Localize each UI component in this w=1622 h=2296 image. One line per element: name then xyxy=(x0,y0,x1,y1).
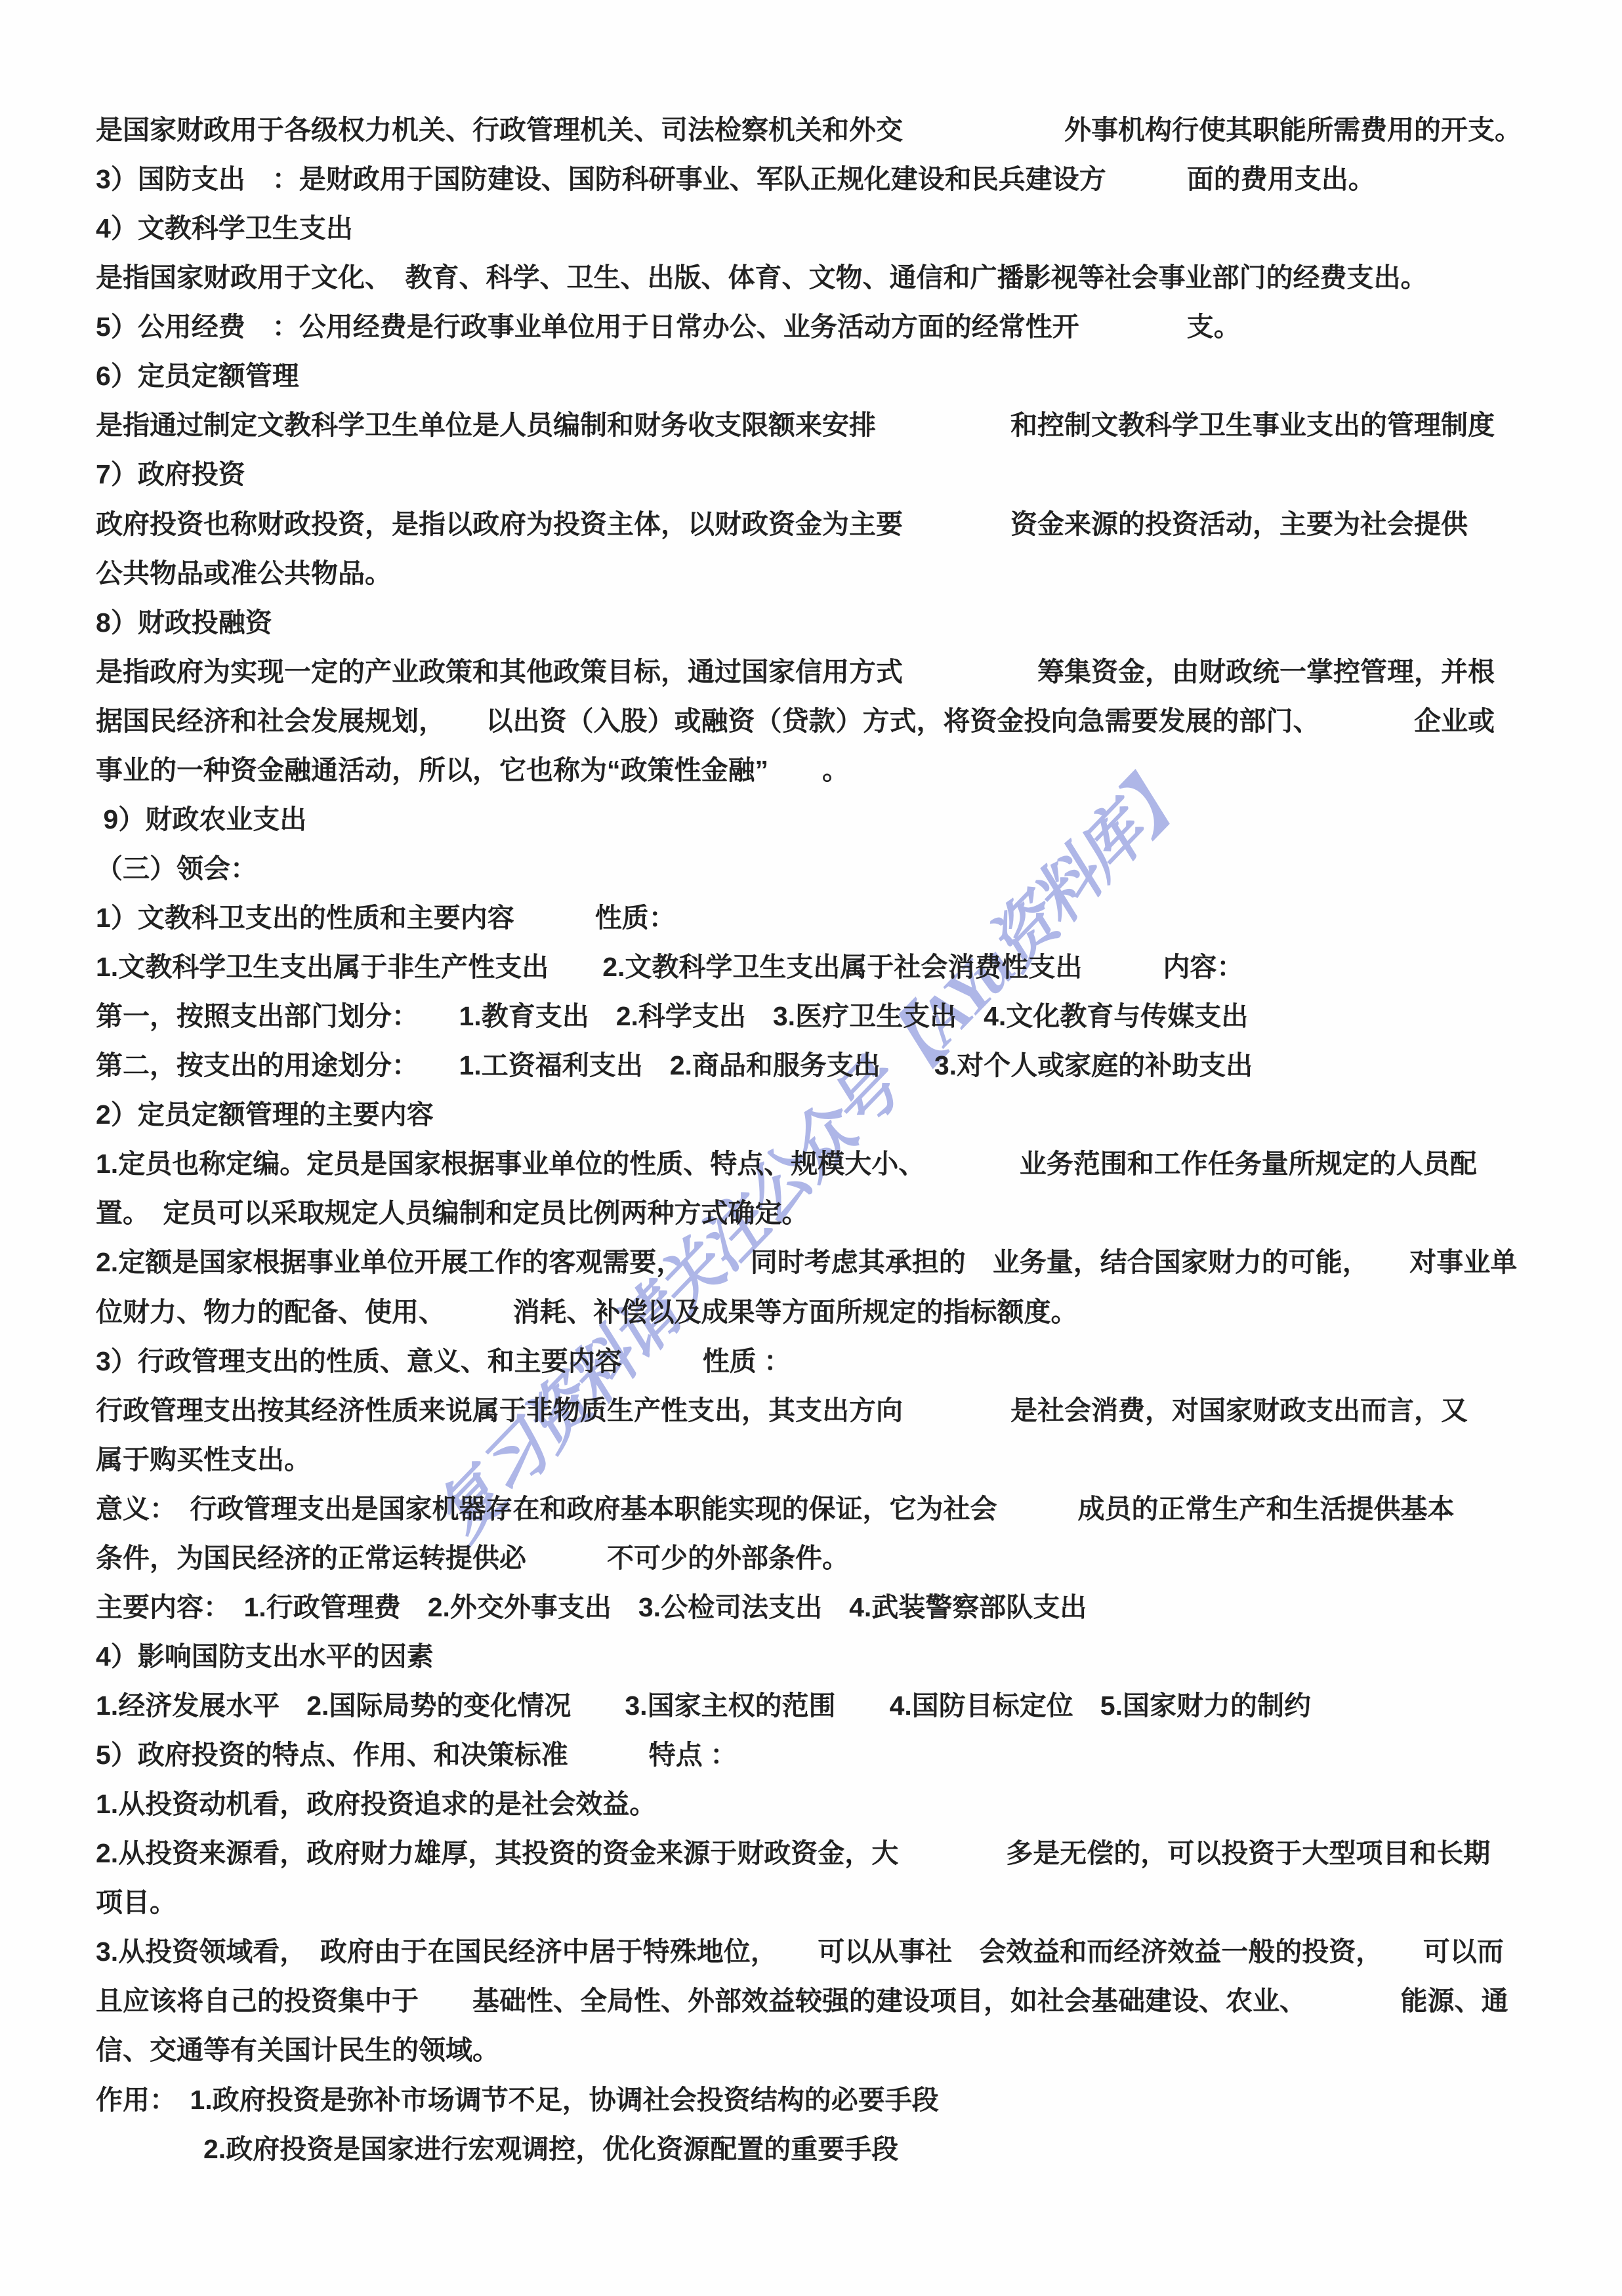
text-line: 2.从投资来源看，政府财力雄厚，其投资的资金来源于财政资金，大 多是无偿的，可以… xyxy=(96,1829,1602,1878)
text-line: 第一，按照支出部门划分： 1.教育支出 2.科学支出 3.医疗卫生支出 4.文化… xyxy=(96,992,1602,1041)
text-line: 2）定员定额管理的主要内容 xyxy=(96,1090,1602,1139)
text-line: 是指通过制定文教科学卫生单位是人员编制和财务收支限额来安排 和控制文教科学卫生事… xyxy=(96,401,1602,450)
text-line: 是国家财政用于各级权力机关、行政管理机关、司法检察机关和外交 外事机构行使其职能… xyxy=(96,106,1602,155)
text-line: 7）政府投资 xyxy=(96,450,1602,499)
text-line: 且应该将自己的投资集中于 基础性、全局性、外部效益较强的建设项目，如社会基础建设… xyxy=(96,1977,1602,2026)
text-line: 主要内容： 1.行政管理费 2.外交外事支出 3.公检司法支出 4.武装警察部队… xyxy=(96,1583,1602,1632)
document-text-block: 是国家财政用于各级权力机关、行政管理机关、司法检察机关和外交 外事机构行使其职能… xyxy=(96,106,1602,2174)
text-line: 1.从投资动机看，政府投资追求的是社会效益。 xyxy=(96,1780,1602,1829)
text-line: 1）文教科卫支出的性质和主要内容 性质： xyxy=(96,893,1602,943)
text-line: 据国民经济和社会发展规划， 以出资（入股）或融资（贷款）方式，将资金投向急需要发… xyxy=(96,697,1602,746)
text-line: 事业的一种资金融通活动，所以，它也称为“政策性金融” 。 xyxy=(96,746,1602,795)
text-line: 3）国防支出 ：是财政用于国防建设、国防科研事业、军队正规化建设和民兵建设方 面… xyxy=(96,155,1602,204)
text-line: 公共物品或准公共物品。 xyxy=(96,549,1602,598)
text-line: 意义： 行政管理支出是国家机器存在和政府基本职能实现的保证，它为社会 成员的正常… xyxy=(96,1485,1602,1534)
text-line: 2.定额是国家根据事业单位开展工作的客观需要， 同时考虑其承担的 业务量，结合国… xyxy=(96,1238,1602,1287)
text-line: 1.定员也称定编。定员是国家根据事业单位的性质、特点、规模大小、 业务范围和工作… xyxy=(96,1139,1602,1189)
text-line: 条件，为国民经济的正常运转提供必 不可少的外部条件。 xyxy=(96,1534,1602,1583)
text-line: 项目。 xyxy=(96,1878,1602,1927)
text-line: 4）文教科学卫生支出 xyxy=(96,204,1602,253)
text-line: 6）定员定额管理 xyxy=(96,352,1602,401)
text-line: 4）影响国防支出水平的因素 xyxy=(96,1632,1602,1681)
text-line: 9）财政农业支出 xyxy=(96,795,1602,844)
text-line: 是指国家财政用于文化、 教育、科学、卫生、出版、体育、文物、通信和广播影视等社会… xyxy=(96,253,1602,302)
text-line: 是指政府为实现一定的产业政策和其他政策目标，通过国家信用方式 筹集资金，由财政统… xyxy=(96,647,1602,697)
text-line: 5）政府投资的特点、作用、和决策标准 特点 ： xyxy=(96,1731,1602,1780)
text-line: （三）领会： xyxy=(96,844,1602,893)
document-page: 复习资料请关注公众号【AYu资料库】 是国家财政用于各级权力机关、行政管理机关、… xyxy=(0,0,1622,2296)
text-line: 行政管理支出按其经济性质来说属于非物质生产性支出，其支出方向 是社会消费，对国家… xyxy=(96,1386,1602,1435)
text-line: 3）行政管理支出的性质、意义、和主要内容 性质 ： xyxy=(96,1337,1602,1386)
text-line: 信、交通等有关国计民生的领域。 xyxy=(96,2026,1602,2075)
text-line: 作用： 1.政府投资是弥补市场调节不足，协调社会投资结构的必要手段 xyxy=(96,2076,1602,2125)
text-line: 1.文教科学卫生支出属于非生产性支出 2.文教科学卫生支出属于社会消费性支出 内… xyxy=(96,943,1602,992)
text-line: 属于购买性支出。 xyxy=(96,1435,1602,1485)
text-line: 位财力、物力的配备、使用、 消耗、补偿以及成果等方面所规定的指标额度。 xyxy=(96,1288,1602,1337)
text-line: 1.经济发展水平 2.国际局势的变化情况 3.国家主权的范围 4.国防目标定位 … xyxy=(96,1681,1602,1731)
text-line: 政府投资也称财政投资，是指以政府为投资主体，以财政资金为主要 资金来源的投资活动… xyxy=(96,500,1602,549)
text-line: 8）财政投融资 xyxy=(96,598,1602,647)
text-line: 3.从投资领域看， 政府由于在国民经济中居于特殊地位， 可以从事社 会效益和而经… xyxy=(96,1927,1602,1977)
text-line: 第二，按支出的用途划分： 1.工资福利支出 2.商品和服务支出 3.对个人或家庭… xyxy=(96,1041,1602,1090)
text-line: 2.政府投资是国家进行宏观调控，优化资源配置的重要手段 xyxy=(96,2125,1602,2174)
text-line: 置。 定员可以采取规定人员编制和定员比例两种方式确定。 xyxy=(96,1189,1602,1238)
text-line: 5）公用经费 ：公用经费是行政事业单位用于日常办公、业务活动方面的经常性开 支。 xyxy=(96,302,1602,352)
